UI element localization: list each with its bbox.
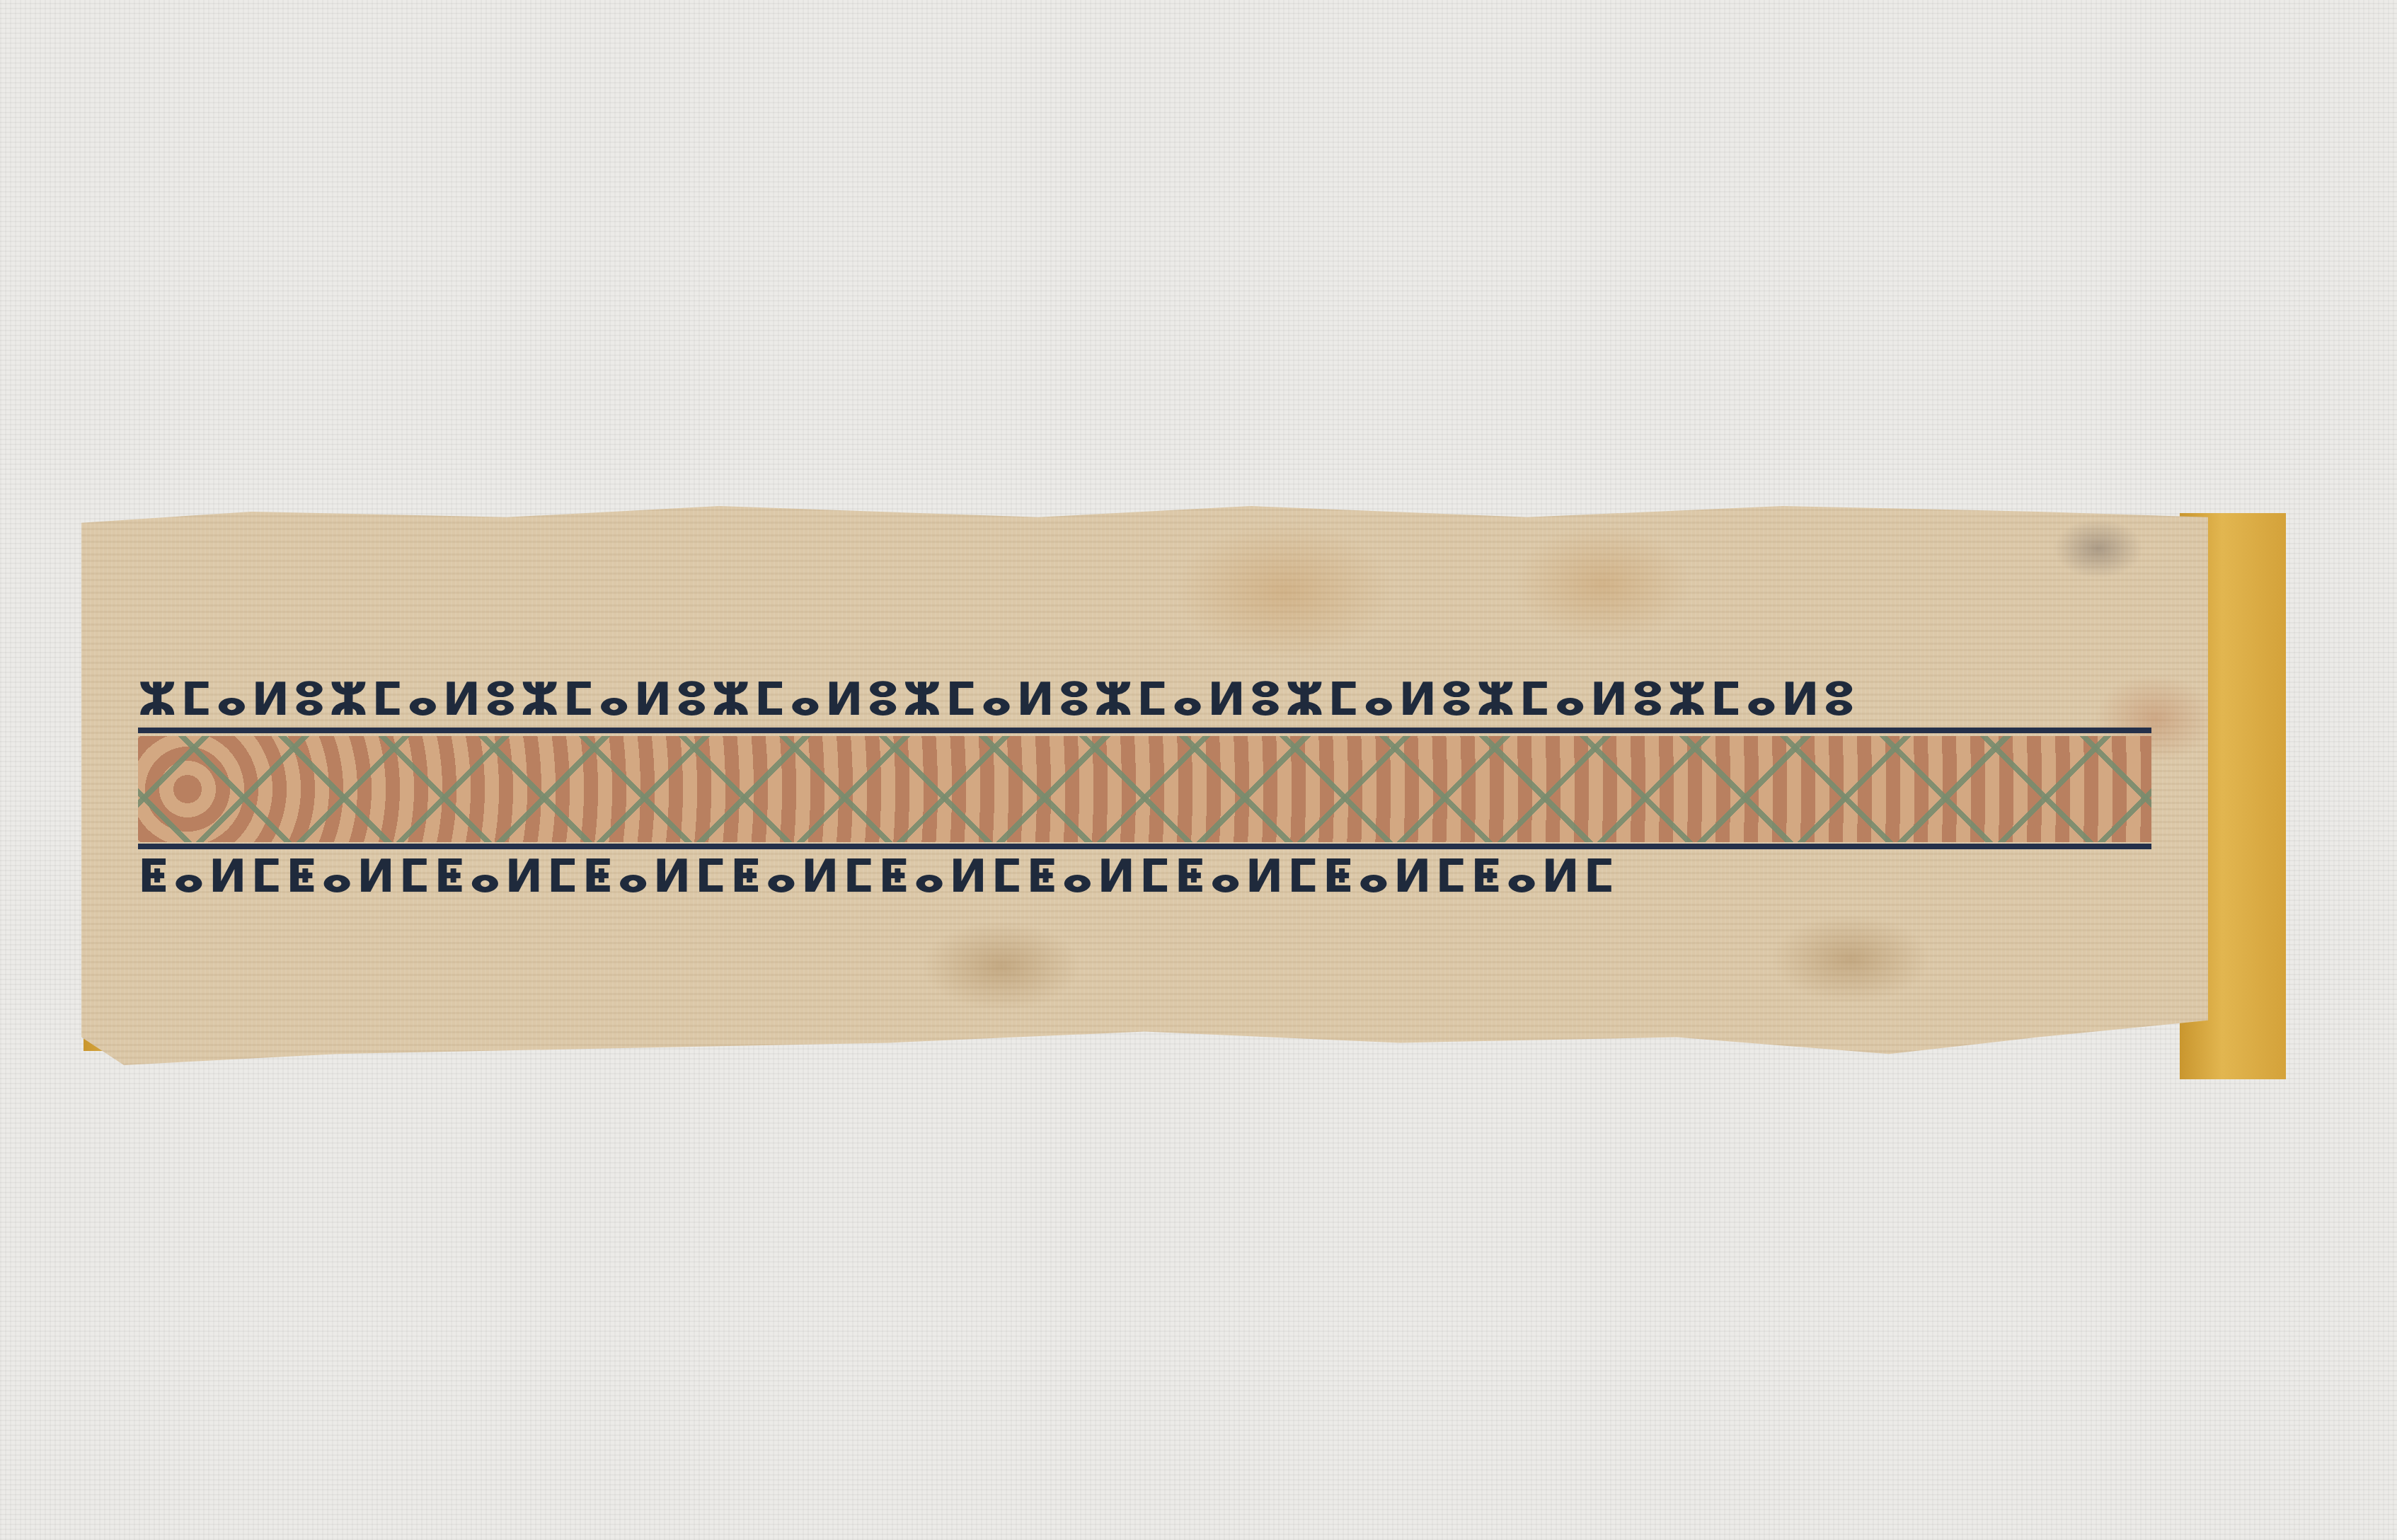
lower-rule	[138, 844, 2151, 849]
textile-fragment: ⵣⵎⴰⵍⵓⵣⵎⴰⵍⵓⵣⵎⴰⵍⵓⵣⵎⴰⵍⵓⵣⵎⴰⵍⵓⵣⵎⴰⵍⵓⵣⵎⴰⵍⵓⵣⵎⴰⵍⵓ…	[81, 506, 2208, 1065]
upper-inscription-band: ⵣⵎⴰⵍⵓⵣⵎⴰⵍⵓⵣⵎⴰⵍⵓⵣⵎⴰⵍⵓⵣⵎⴰⵍⵓⵣⵎⴰⵍⵓⵣⵎⴰⵍⵓⵣⵎⴰⵍⵓ…	[138, 672, 2151, 733]
ornamental-band	[138, 736, 2151, 842]
lower-inscription: ⵟⴰⵍⵎⵟⴰⵍⵎⵟⴰⵍⵎⵟⴰⵍⵎⵟⴰⵍⵎⵟⴰⵍⵎⵟⴰⵍⵎⵟⴰⵍⵎⵟⴰⵍⵎⵟⴰⵍⵎ	[138, 849, 2151, 904]
lower-inscription-band: ⵟⴰⵍⵎⵟⴰⵍⵎⵟⴰⵍⵎⵟⴰⵍⵎⵟⴰⵍⵎⵟⴰⵍⵎⵟⴰⵍⵎⵟⴰⵍⵎⵟⴰⵍⵎⵟⴰⵍⵎ	[138, 844, 2151, 904]
upper-inscription: ⵣⵎⴰⵍⵓⵣⵎⴰⵍⵓⵣⵎⴰⵍⵓⵣⵎⴰⵍⵓⵣⵎⴰⵍⵓⵣⵎⴰⵍⵓⵣⵎⴰⵍⵓⵣⵎⴰⵍⵓ…	[138, 672, 2151, 728]
upper-rule	[138, 728, 2151, 733]
